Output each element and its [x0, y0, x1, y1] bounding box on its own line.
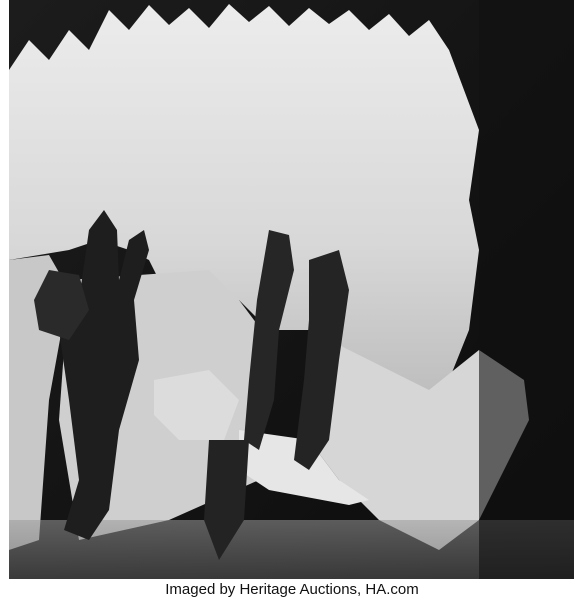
photo-art: [9, 0, 574, 579]
photograph: [9, 0, 574, 579]
image-credit-caption: Imaged by Heritage Auctions, HA.com: [0, 580, 584, 600]
